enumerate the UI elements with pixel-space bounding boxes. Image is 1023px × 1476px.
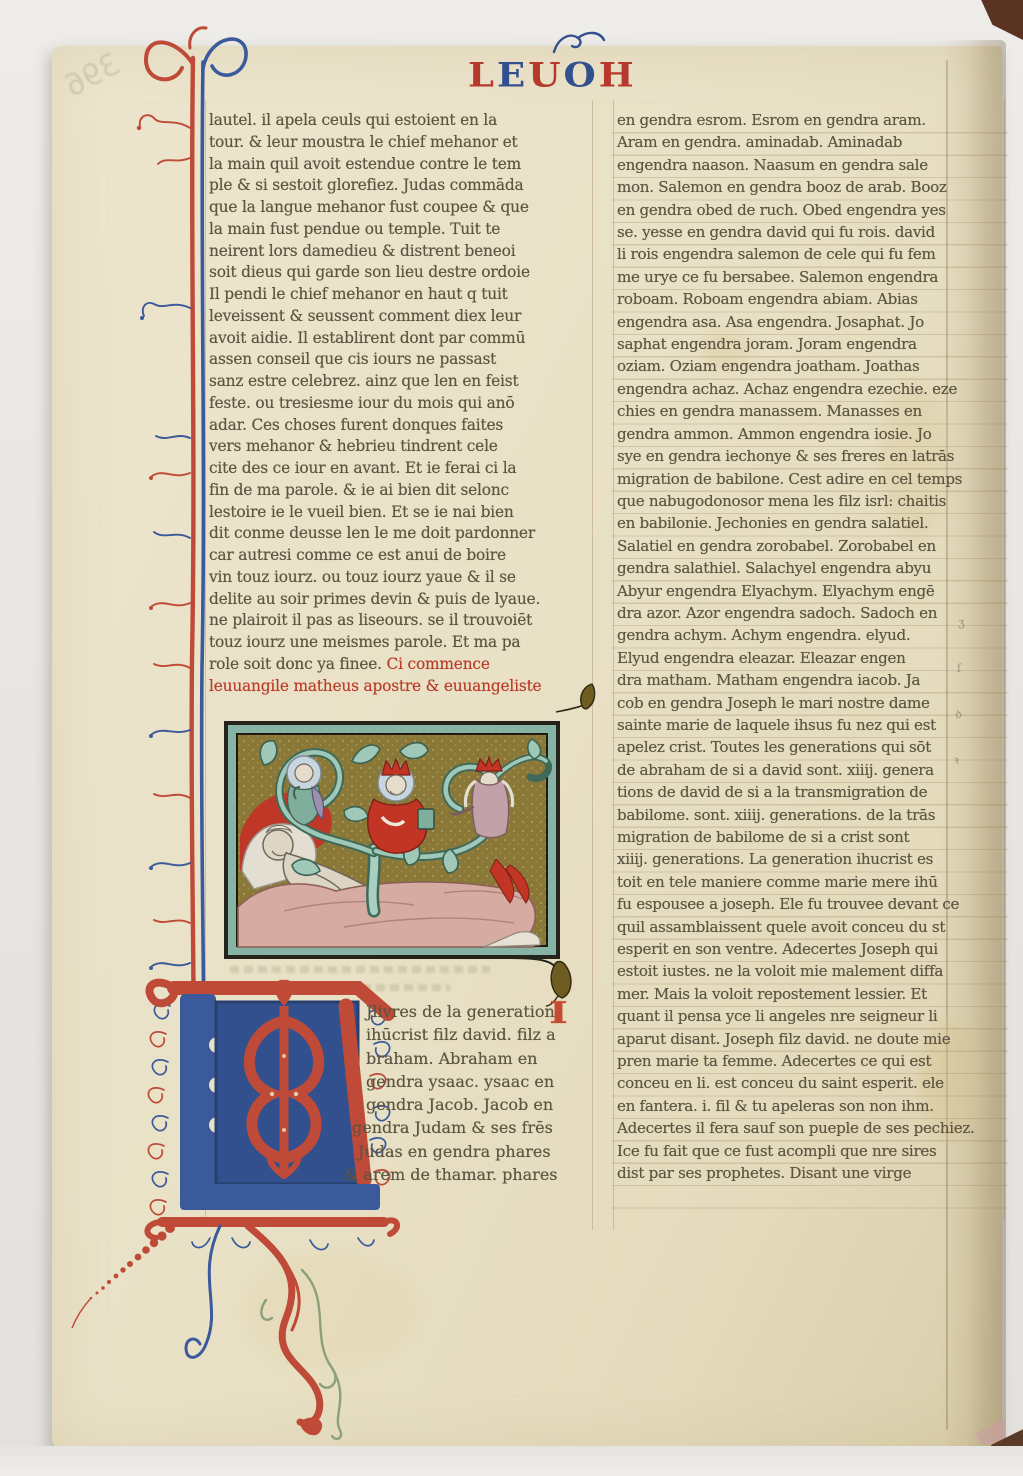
text-line: que la langue mehanor fust coupee & que <box>209 197 591 219</box>
text-line: en gendra obed de ruch. Obed engendra ye… <box>617 199 1005 221</box>
text-line: roboam. Roboam engendra abiam. Abias <box>617 288 1005 310</box>
text-line: cite des ce iour en avant. Et ie ferai c… <box>209 458 591 480</box>
text-line: saphat engendra joram. Joram engendra <box>617 333 1005 355</box>
text-line: Elyud engendra eleazar. Eleazar engen <box>617 647 1005 669</box>
text-line: dist par ses prophetes. Disant une virge <box>617 1162 1005 1184</box>
running-title-flourish <box>548 28 608 54</box>
text-line-mixed: role soit donc ya finee. Ci commence <box>209 654 591 676</box>
text-line: dra matham. Matham engendra iacob. Ja <box>617 669 1005 691</box>
prophet-head <box>295 764 313 782</box>
text-line: dra azor. Azor engendra sadoch. Sadoch e… <box>617 602 1005 624</box>
text-line: feste. ou tresiesme iour du mois qui anō <box>209 393 591 415</box>
text-line: quil assamblaissent quele avoit conceu d… <box>617 916 1005 938</box>
virgin-gown <box>472 779 508 838</box>
text-line: Salatiel en gendra zorobabel. Zorobabel … <box>617 535 1005 557</box>
left-text-column: lautel. il apela ceuls qui estoient en l… <box>209 110 591 697</box>
running-title-letter: U <box>528 58 563 92</box>
text-line: lestoire ie le vueil bien. Et se ie nai … <box>209 502 591 524</box>
backdrop-bottom <box>0 1446 1023 1476</box>
text-line: Ice fu fait que ce fust acompli que nre … <box>617 1140 1005 1162</box>
text-line: me urye ce fu bersabee. Salemon engendra <box>617 266 1005 288</box>
text-line: engendra achaz. Achaz engendra ezechie. … <box>617 378 1005 400</box>
text-line: fin de ma parole. & ie ai bien dit selon… <box>209 480 591 502</box>
text-line: Abyur engendra Elyachym. Elyachym engē <box>617 580 1005 602</box>
text-line: tions de david de si a la transmigration… <box>617 781 1005 803</box>
text-line: estoit iustes. ne la voloit mie malement… <box>617 960 1005 982</box>
text-line: la main quil avoit estendue contre le te… <box>209 154 591 176</box>
text-line: aparut disant. Joseph filz david. ne dou… <box>617 1028 1005 1050</box>
rubric-incipit-span: Ci commence <box>387 655 490 673</box>
text-line: en babilonie. Jechonies en gendra salati… <box>617 512 1005 534</box>
incipit-line: Judas en gendra phares <box>358 1140 596 1163</box>
text-line: fu espousee a joseph. Ele fu trouvee dev… <box>617 893 1005 915</box>
incipit-line: gendra ysaac. ysaac en <box>366 1070 596 1093</box>
text-line: en fantera. i. fil & tu apeleras son non… <box>617 1095 1005 1117</box>
text-line: leveissent & seussent comment diex leur <box>209 306 591 328</box>
chapter-numeral: I <box>549 999 568 1029</box>
incipit-line: gendra Judam & ses frēs <box>352 1116 596 1139</box>
text-line: la main fust pendue ou temple. Tuit te <box>209 219 591 241</box>
running-title: LEUOH <box>468 50 637 92</box>
running-title-letter: H <box>599 58 637 92</box>
running-title-letter: L <box>468 58 497 92</box>
running-title-letter: E <box>497 58 528 92</box>
text-line: delite au soir primes devin & puis de ly… <box>209 589 591 611</box>
text-line: avoit aidie. Il establirent dont par com… <box>209 328 591 350</box>
incipit-line: & arem de thamar. phares <box>344 1163 596 1186</box>
david-crown <box>382 759 410 775</box>
text-line: dit conme deusse len le me doit pardonne… <box>209 523 591 545</box>
text-line: touz iourz une meismes parole. Et ma pa <box>209 632 591 654</box>
text-line: en gendra esrom. Esrom en gendra aram. <box>617 109 1005 131</box>
text-line: ple & si sestoit glorefiez. Judas commād… <box>209 175 591 197</box>
text-line: mon. Salemon en gendra booz de arab. Boo… <box>617 176 1005 198</box>
running-title-letter: O <box>564 58 599 92</box>
rubric-line: leuuangile matheus apostre & euuangelist… <box>209 676 591 698</box>
text-line: quant il pensa yce li angeles nre seigne… <box>617 1005 1005 1027</box>
virgin-crown <box>476 757 502 771</box>
text-line: apelez crist. Toutes les generations qui… <box>617 736 1005 758</box>
text-line: migration de babilone. Cest adire en cel… <box>617 468 1005 490</box>
incipit-line: gendra Jacob. Jacob en <box>366 1093 596 1116</box>
text-line: gendra salathiel. Salachyel engendra aby… <box>617 557 1005 579</box>
text-line: ne plairoit il pas as liseours. se il tr… <box>209 610 591 632</box>
text-line: Aram en gendra. aminadab. Aminadab <box>617 131 1005 153</box>
text-line: vers mehanor & hebrieu tindrent cele <box>209 436 591 458</box>
text-ink-span: role soit donc ya finee. <box>209 655 387 673</box>
text-line: cob en gendra Joseph le mari nostre dame <box>617 692 1005 714</box>
text-line: chies en gendra manassem. Manasses en <box>617 400 1005 422</box>
text-line: conceu en li. est conceu du saint esperi… <box>617 1072 1005 1094</box>
text-line: soit dieus qui garde son lieu destre ord… <box>209 262 591 284</box>
text-line: de abraham de si a david sont. xiiij. ge… <box>617 759 1005 781</box>
text-line: toit en tele maniere comme marie mere ih… <box>617 871 1005 893</box>
text-line: sanz estre celebrez. ainz que len en fei… <box>209 371 591 393</box>
text-line: migration de babilome de si a crist sont <box>617 826 1005 848</box>
text-line: babilome. sont. xiiij. generations. de l… <box>617 804 1005 826</box>
text-line: engendra asa. Asa engendra. Josaphat. Jo <box>617 311 1005 333</box>
text-line: engendra naason. Naasum en gendra sale <box>617 154 1005 176</box>
text-line: xiiij. generations. La generation ihucri… <box>617 848 1005 870</box>
text-line: assen conseil que cis iours ne passast <box>209 349 591 371</box>
right-text-column: en gendra esrom. Esrom en gendra aram.Ar… <box>617 109 1005 1185</box>
text-line: esperit en son ventre. Adecertes Joseph … <box>617 938 1005 960</box>
text-line: oziam. Oziam engendra joatham. Joathas <box>617 355 1005 377</box>
text-line: Adecertes il fera sauf son pueple de ses… <box>617 1117 1005 1139</box>
text-line: se. yesse en gendra david qui fu rois. d… <box>617 221 1005 243</box>
text-line: neirent lors damedieu & distrent beneoi <box>209 241 591 263</box>
text-line: Il pendi le chief mehanor en haut q tuit <box>209 284 591 306</box>
incipit-line: braham. Abraham en <box>366 1047 596 1070</box>
text-line: que nabugodonosor mena les filz isrl: ch… <box>617 490 1005 512</box>
text-line: car autresi comme ce est anui de boire <box>209 545 591 567</box>
tree-of-jesse-miniature <box>224 721 560 959</box>
text-line: lautel. il apela ceuls qui estoient en l… <box>209 110 591 132</box>
text-line: gendra ammon. Ammon engendra iosie. Jo <box>617 423 1005 445</box>
text-line: gendra achym. Achym engendra. elyud. <box>617 624 1005 646</box>
text-line: mer. Mais la voloit repostement lessier.… <box>617 983 1005 1005</box>
text-line: adar. Ces choses furent donques faites <box>209 415 591 437</box>
david-book <box>418 809 434 829</box>
text-line: pren marie ta femme. Adecertes ce qui es… <box>617 1050 1005 1072</box>
text-line: vin touz iourz. ou touz iourz yaue & il … <box>209 567 591 589</box>
text-line: sye en gendra iechonye & ses freres en l… <box>617 445 1005 467</box>
text-line: sainte marie de laquele ihsus fu nez qui… <box>617 714 1005 736</box>
text-line: tour. & leur moustra le chief mehanor et <box>209 132 591 154</box>
text-line: li rois engendra salemon de cele qui fu … <box>617 243 1005 265</box>
